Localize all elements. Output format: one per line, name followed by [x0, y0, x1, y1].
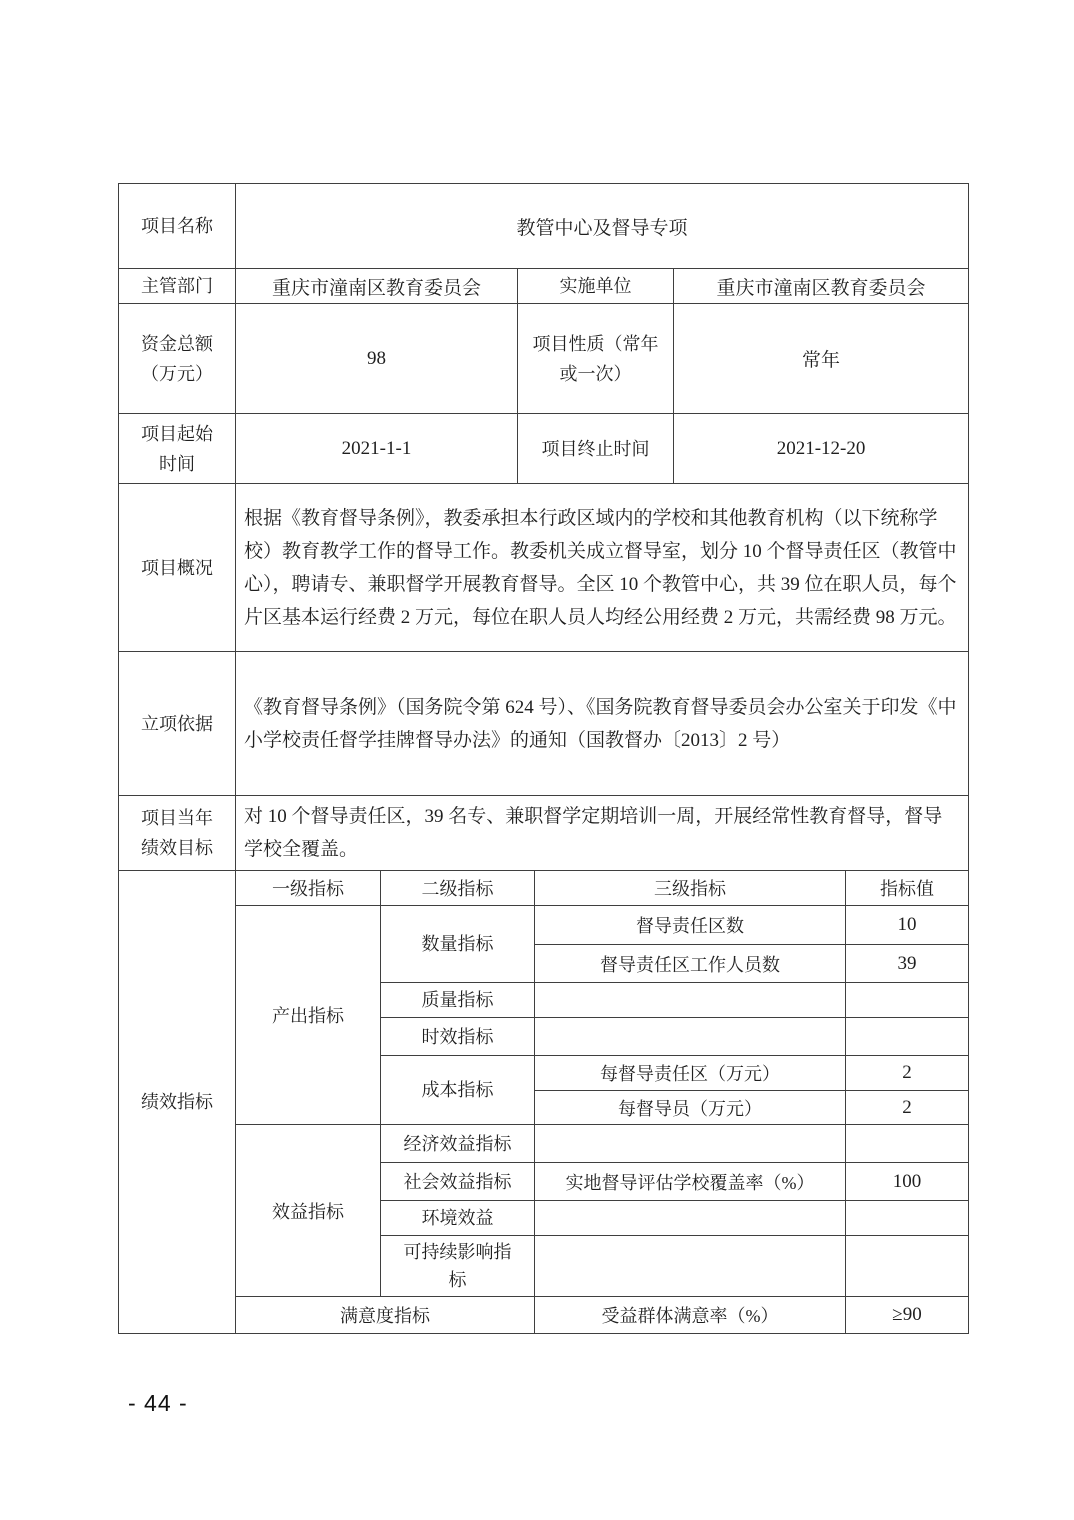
indicator-value: 2 — [846, 1056, 969, 1091]
indicator-value — [846, 1201, 969, 1236]
benefit-level1: 效益指标 — [236, 1125, 381, 1297]
department-label: 主管部门 — [119, 269, 236, 304]
satisfaction-level12: 满意度指标 — [236, 1297, 535, 1334]
environmental-level2: 环境效益 — [381, 1201, 535, 1236]
header-level1: 一级指标 — [236, 871, 381, 906]
annual-goal-text: 对 10 个督导责任区，39 名专、兼职督学定期培训一周，开展经常性教育督导，督… — [236, 796, 969, 871]
indicator-value — [846, 1236, 969, 1297]
indicator-name: 实地督导评估学校覆盖率（%） — [535, 1163, 846, 1201]
total-funds-label: 资金总额（万元） — [119, 304, 236, 414]
indicator-value: 100 — [846, 1163, 969, 1201]
indicator-name: 督导责任区工作人员数 — [535, 945, 846, 983]
social-level2: 社会效益指标 — [381, 1163, 535, 1201]
indicator-name — [535, 983, 846, 1018]
project-name-label: 项目名称 — [119, 184, 236, 269]
indicator-value — [846, 1125, 969, 1163]
indicator-name: 每督导员（万元） — [535, 1091, 846, 1125]
header-level2: 二级指标 — [381, 871, 535, 906]
timeliness-level2: 时效指标 — [381, 1018, 535, 1056]
indicator-value: 39 — [846, 945, 969, 983]
indicator-name — [535, 1018, 846, 1056]
indicators-label: 绩效指标 — [119, 871, 236, 1334]
quality-level2: 质量指标 — [381, 983, 535, 1018]
total-funds-value: 98 — [236, 304, 518, 414]
indicator-value: 2 — [846, 1091, 969, 1125]
implementer-value: 重庆市潼南区教育委员会 — [674, 269, 969, 304]
indicator-value — [846, 983, 969, 1018]
indicator-value: 10 — [846, 906, 969, 945]
sustainability-level2: 可持续影响指标 — [381, 1236, 535, 1297]
basis-text: 《教育督导条例》（国务院令第 624 号）、《国务院教育督导委员会办公室关于印发… — [236, 652, 969, 796]
overview-text: 根据《教育督导条例》，教委承担本行政区域内的学校和其他教育机构（以下统称学校）教… — [236, 484, 969, 652]
cost-level2: 成本指标 — [381, 1056, 535, 1125]
indicator-name: 督导责任区数 — [535, 906, 846, 945]
project-name-value: 教管中心及督导专项 — [236, 184, 969, 269]
project-nature-value: 常年 — [674, 304, 969, 414]
quantity-level2: 数量指标 — [381, 906, 535, 983]
indicator-name — [535, 1125, 846, 1163]
indicator-name: 每督导责任区（万元） — [535, 1056, 846, 1091]
indicator-value: ≥90 — [846, 1297, 969, 1334]
indicator-name — [535, 1201, 846, 1236]
project-performance-table: 项目名称 教管中心及督导专项 主管部门 重庆市潼南区教育委员会 实施单位 重庆市… — [118, 183, 969, 1334]
end-date-value: 2021-12-20 — [674, 414, 969, 484]
end-date-label: 项目终止时间 — [518, 414, 674, 484]
output-level1: 产出指标 — [236, 906, 381, 1125]
department-value: 重庆市潼南区教育委员会 — [236, 269, 518, 304]
annual-goal-label: 项目当年绩效目标 — [119, 796, 236, 871]
header-level3: 三级指标 — [535, 871, 846, 906]
start-date-label: 项目起始时间 — [119, 414, 236, 484]
header-value: 指标值 — [846, 871, 969, 906]
indicator-value — [846, 1018, 969, 1056]
start-date-value: 2021-1-1 — [236, 414, 518, 484]
project-nature-label: 项目性质（常年或一次） — [518, 304, 674, 414]
indicator-name: 受益群体满意率（%） — [535, 1297, 846, 1334]
indicator-name — [535, 1236, 846, 1297]
implementer-label: 实施单位 — [518, 269, 674, 304]
overview-label: 项目概况 — [119, 484, 236, 652]
page-number: - 44 - — [128, 1390, 188, 1417]
basis-label: 立项依据 — [119, 652, 236, 796]
economic-level2: 经济效益指标 — [381, 1125, 535, 1163]
